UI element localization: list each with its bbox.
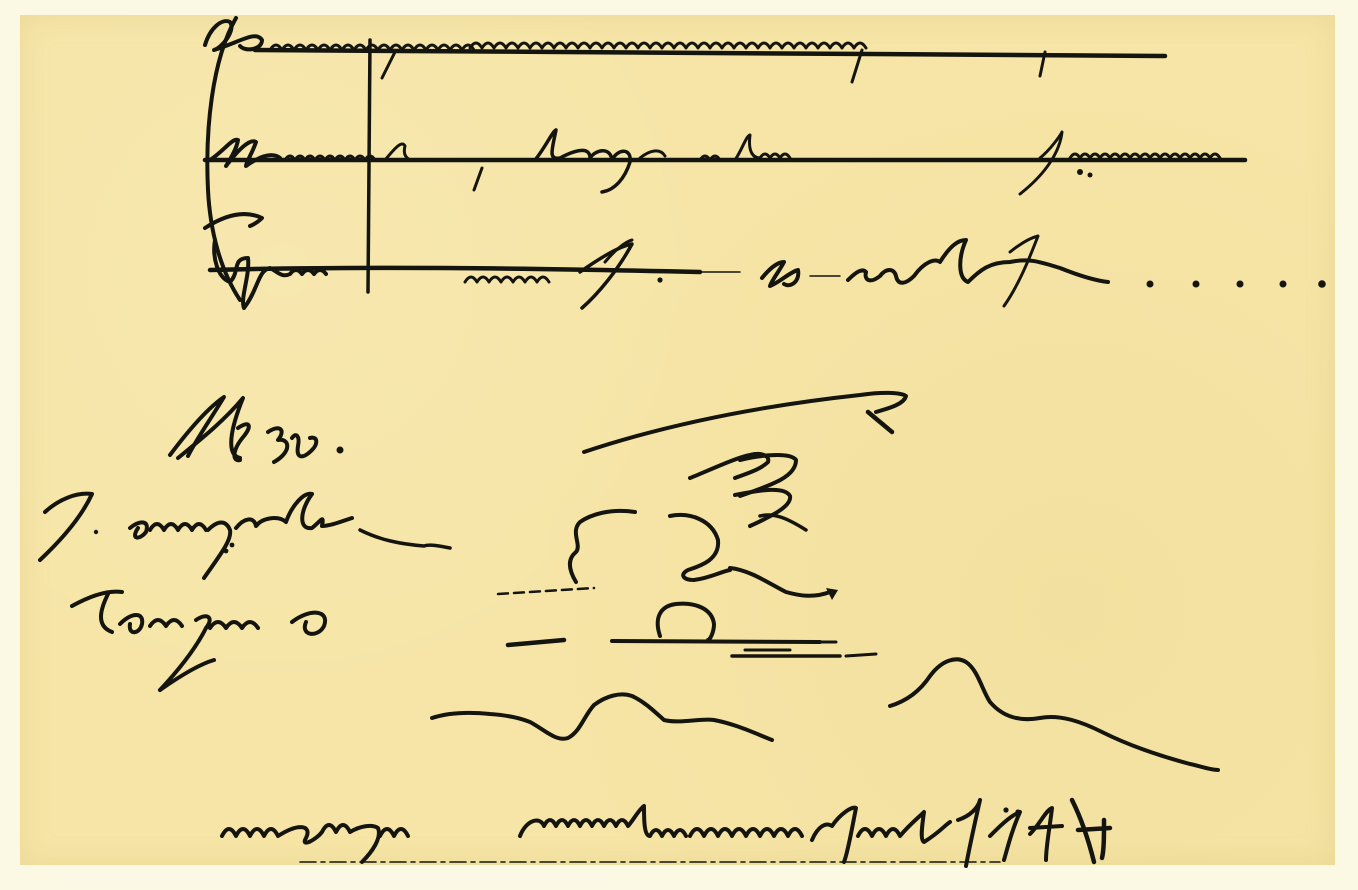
crossed-out-verse (205, 18, 1326, 308)
landscape-sketch (432, 393, 1218, 770)
date-note (40, 397, 450, 690)
ink-drawing (0, 0, 1358, 890)
mirror-handwriting (222, 800, 1110, 866)
